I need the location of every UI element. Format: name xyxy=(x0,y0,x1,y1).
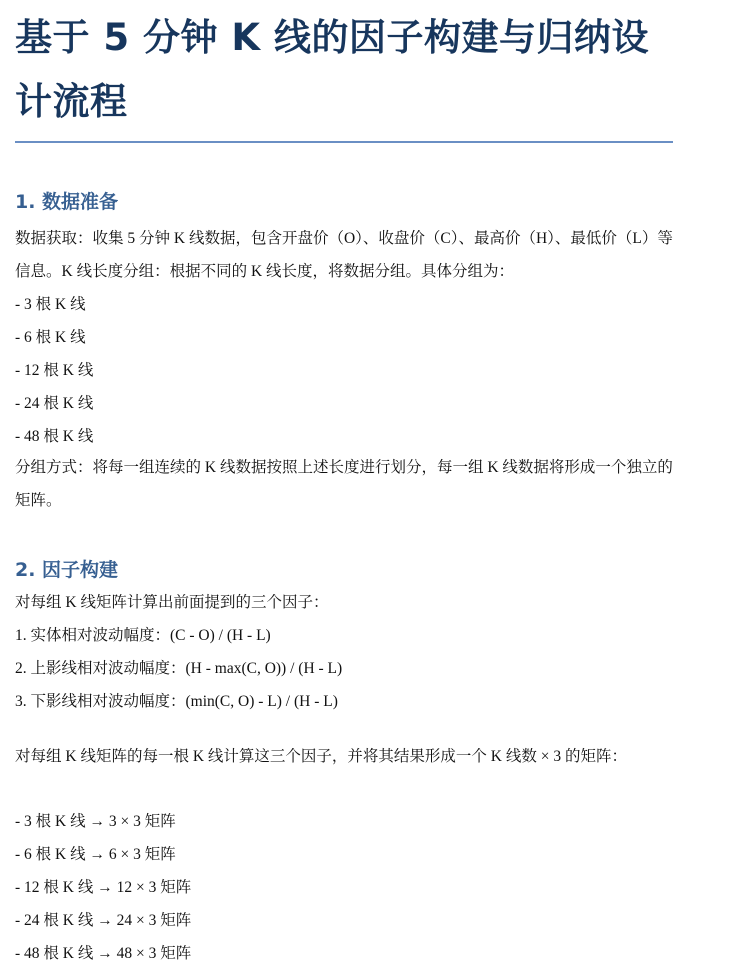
list-item: - 24 根 K 线 → 24 × 3 矩阵 xyxy=(15,911,191,931)
list-item: - 48 根 K 线 → 48 × 3 矩阵 xyxy=(15,944,191,964)
list-item: - 3 根 K 线 xyxy=(15,295,86,315)
title-divider xyxy=(15,141,673,143)
list-item: - 6 根 K 线 xyxy=(15,328,86,348)
list-item: - 6 根 K 线 → 6 × 3 矩阵 xyxy=(15,845,176,865)
section-2-paragraph: 对每组 K 线矩阵的每一根 K 线计算这三个因子，并将其结果形成一个 K 线数 … xyxy=(15,740,675,773)
factor-item: 3. 下影线相对波动幅度：(min(C, O) - L) / (H - L) xyxy=(15,692,338,712)
factor-item: 1. 实体相对波动幅度：(C - O) / (H - L) xyxy=(15,626,271,646)
section-2-intro: 对每组 K 线矩阵计算出前面提到的三个因子： xyxy=(15,593,328,613)
document-title: 基于 5 分钟 K 线的因子构建与归纳设计流程 xyxy=(15,6,675,134)
section-1-intro: 数据获取：收集 5 分钟 K 线数据，包含开盘价（O）、收盘价（C）、最高价（H… xyxy=(15,222,675,288)
section-1-outro: 分组方式：将每一组连续的 K 线数据按照上述长度进行划分，每一组 K 线数据将形… xyxy=(15,451,675,517)
section-heading-data-preparation: 1. 数据准备 xyxy=(15,187,118,214)
factor-item: 2. 上影线相对波动幅度：(H - max(C, O)) / (H - L) xyxy=(15,659,342,679)
section-heading-factor-construction: 2. 因子构建 xyxy=(15,555,118,582)
document-page: 基于 5 分钟 K 线的因子构建与归纳设计流程 1. 数据准备 数据获取：收集 … xyxy=(15,0,675,134)
list-item: - 12 根 K 线 → 12 × 3 矩阵 xyxy=(15,878,191,898)
list-item: - 48 根 K 线 xyxy=(15,427,93,447)
list-item: - 3 根 K 线 → 3 × 3 矩阵 xyxy=(15,812,176,832)
list-item: - 12 根 K 线 xyxy=(15,361,93,381)
list-item: - 24 根 K 线 xyxy=(15,394,93,414)
